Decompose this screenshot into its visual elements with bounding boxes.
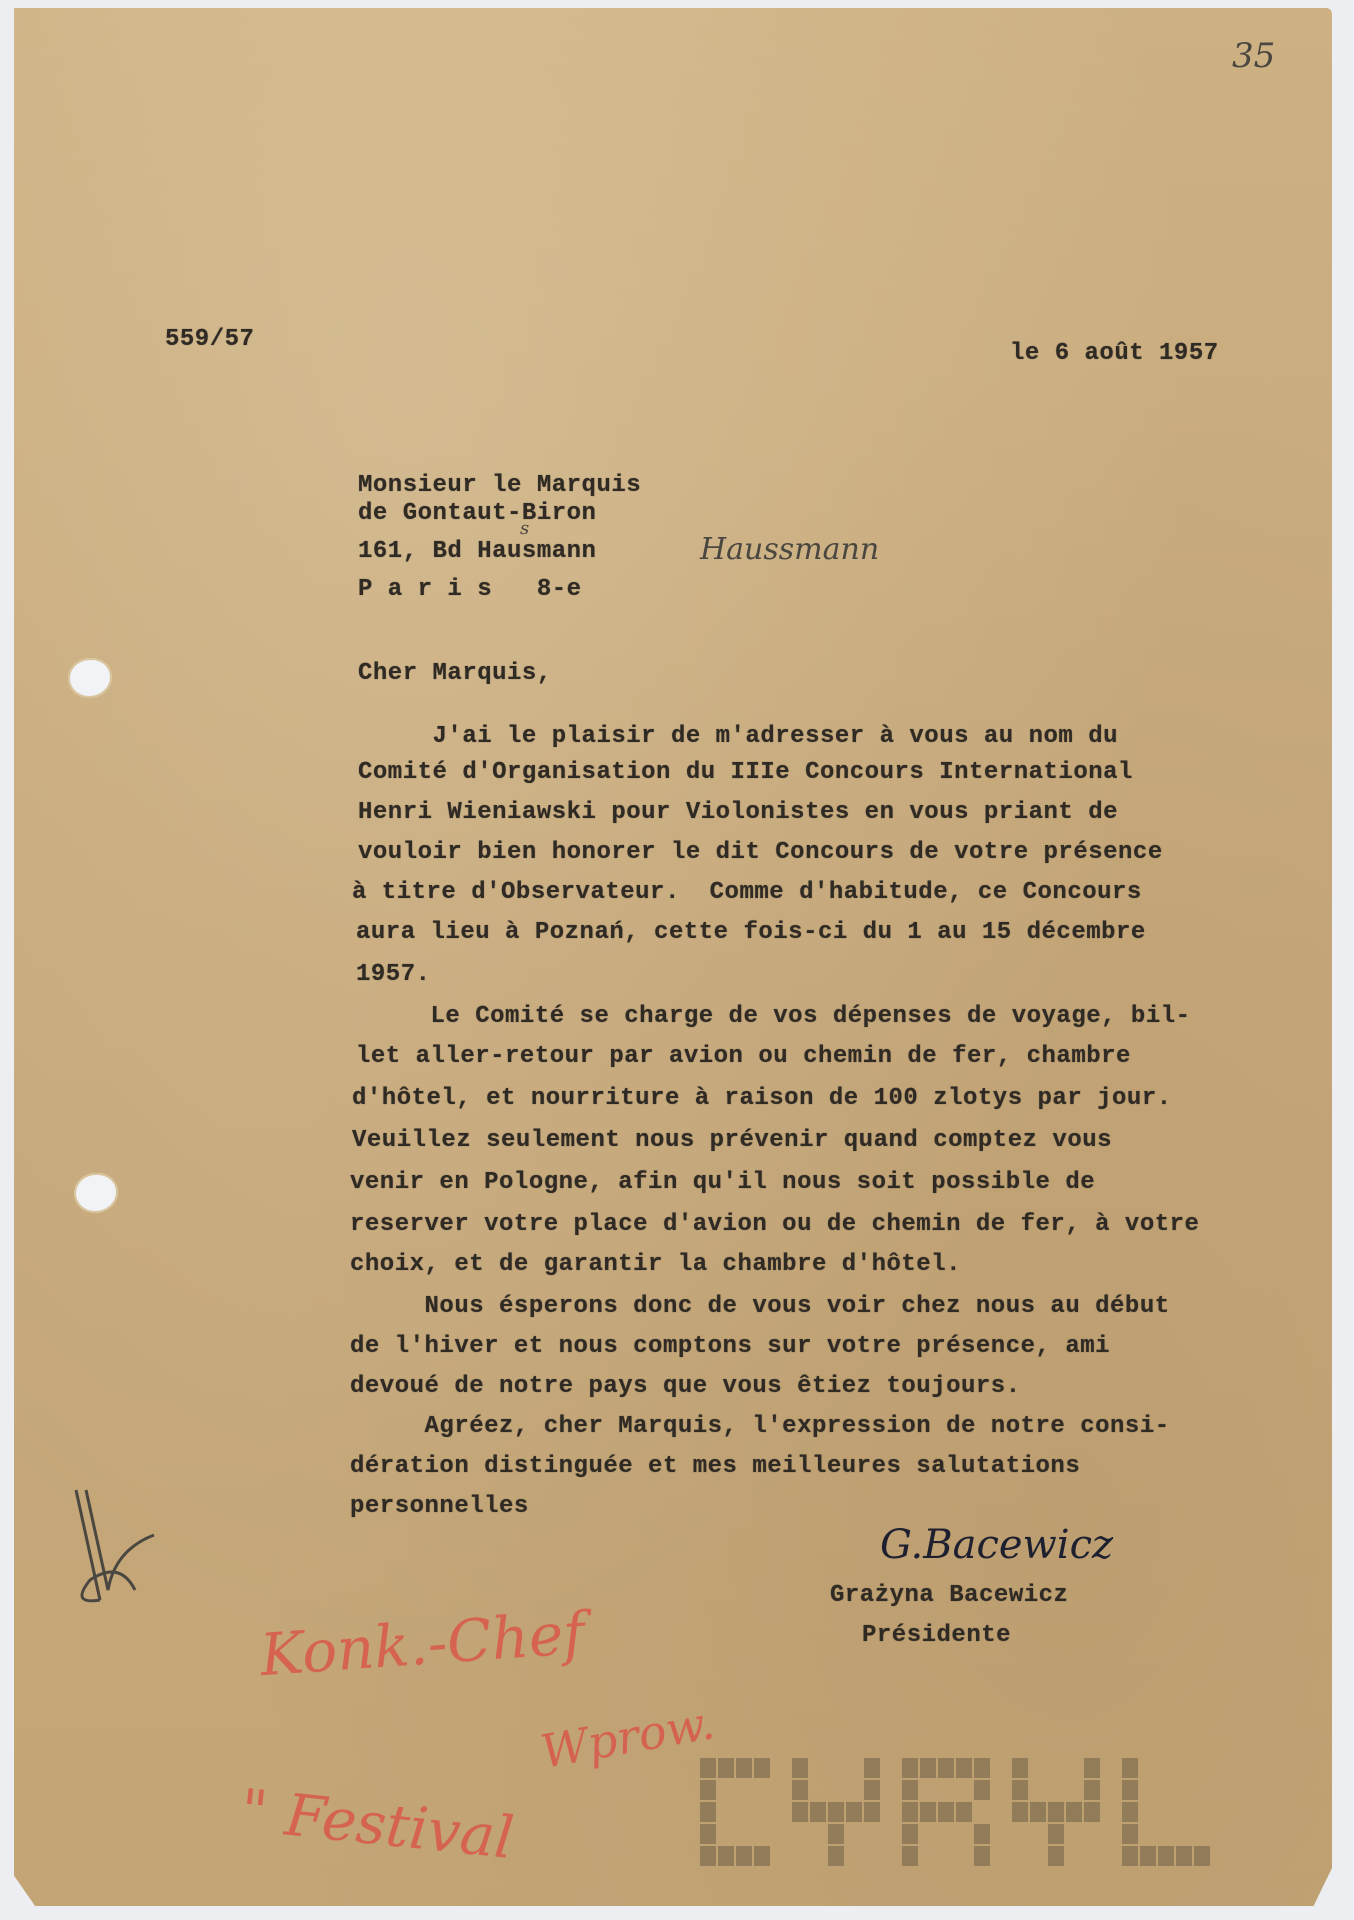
recipient-line-4: P a r i s 8-e [358,576,582,603]
address-correction-mark: s [520,518,529,539]
body-line: vouloir bien honorer le dit Concours de … [358,836,1163,870]
body-line: Veuillez seulement nous prévenir quand c… [352,1124,1112,1158]
watermark-letter-c [700,1758,770,1866]
signatory-name: Grażyna Bacewicz [830,1582,1068,1609]
letter-page [14,8,1332,1906]
punch-hole-top [68,658,112,698]
watermark-letter-y1 [792,1758,880,1866]
body-line: choix, et de garantir la chambre d'hôtel… [350,1248,961,1282]
pencil-check-mark-icon [60,1480,170,1640]
body-line: Henri Wieniawski pour Violonistes en vou… [358,796,1118,830]
page-number: 35 [1232,36,1275,76]
recipient-line-2: de Gontaut-Biron [358,500,596,527]
body-line: Comité d'Organisation du IIIe Concours I… [358,756,1133,790]
salutation: Cher Marquis, [358,660,552,687]
body-line: Le Comité se charge de vos dépenses de v… [356,1000,1191,1034]
letter-date: le 6 août 1957 [1010,340,1219,367]
cyryl-watermark: CYRYL [700,1758,1210,1866]
body-line: 1957. [356,958,431,992]
watermark-letter-y2 [1012,1758,1100,1866]
reference-number: 559/57 [165,326,254,353]
body-line: d'hôtel, et nourriture à raison de 100 z… [352,1082,1172,1116]
body-line: Agréez, cher Marquis, l'expression de no… [350,1410,1170,1444]
watermark-letter-l [1122,1758,1210,1866]
body-line: venir en Pologne, afin qu'il nous soit p… [350,1166,1095,1200]
recipient-line-1: Monsieur le Marquis [358,472,641,499]
handwritten-signature: G.Bacewicz [880,1522,1113,1568]
margin-correction: Haussmann [700,532,879,567]
body-line: Nous ésperons donc de vous voir chez nou… [350,1290,1170,1324]
punch-hole-bottom [74,1173,118,1213]
body-line: J'ai le plaisir de m'adresser à vous au … [358,720,1118,754]
watermark-letter-r [902,1758,990,1866]
body-line: reserver votre place d'avion ou de chemi… [350,1208,1199,1242]
body-line: personnelles [350,1490,529,1524]
signatory-title: Présidente [862,1622,1011,1649]
body-line: de l'hiver et nous comptons sur votre pr… [350,1330,1110,1364]
body-line: aura lieu à Poznań, cette fois-ci du 1 a… [356,916,1146,950]
body-line: devoué de notre pays que vous êtiez touj… [350,1370,1021,1404]
recipient-line-3: 161, Bd Hausmann [358,538,596,565]
body-line: à titre d'Observateur. Comme d'habitude,… [352,876,1142,910]
body-line: let aller-retour par avion ou chemin de … [356,1040,1131,1074]
body-line: dération distinguée et mes meilleures sa… [350,1450,1080,1484]
